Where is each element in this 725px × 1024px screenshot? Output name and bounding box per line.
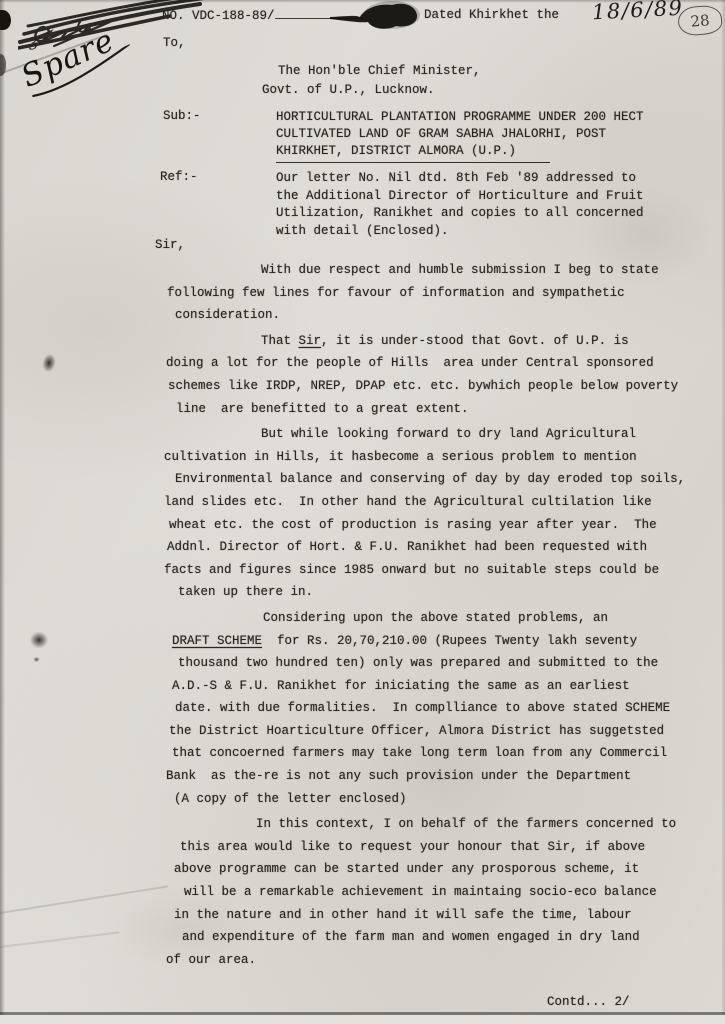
scan-edge-bottom-strip — [0, 1015, 725, 1024]
typed-line: will be a remarkable achievement in main… — [184, 881, 725, 904]
typed-text: Bank as the-re is not any such provision… — [166, 769, 631, 783]
ink-stain — [32, 656, 41, 663]
typed-line: and expenditure of the farm man and wome… — [182, 926, 725, 949]
typed-text: The Hon'ble Chief Minister, — [278, 64, 481, 78]
recipient-block: The Hon'ble Chief Minister,Govt. of U.P.… — [262, 62, 481, 100]
typed-line: cultivation in Hills, it hasbecome a ser… — [164, 446, 725, 469]
typed-line: Our letter No. Nil dtd. 8th Feb '89 addr… — [276, 170, 644, 188]
typed-text: That — [261, 334, 299, 348]
paragraph: Considering upon the above stated proble… — [166, 607, 725, 810]
typed-line: thousand two hundred ten) only was prepa… — [178, 652, 725, 675]
typed-text: date. with due formalities. In compllian… — [175, 701, 670, 715]
ink-stain — [37, 348, 60, 377]
typed-text: But while looking forward to dry land Ag… — [261, 427, 636, 441]
ink-stain — [26, 628, 52, 652]
paragraph: In this context, I on behalf of the farm… — [166, 813, 725, 971]
typed-text: of our area. — [166, 953, 256, 967]
typed-text: With due respect and humble submission I… — [261, 263, 659, 277]
typed-line: schemes like IRDP, NREP, DPAP etc. etc. … — [168, 375, 725, 398]
typed-line: With due respect and humble submission I… — [261, 259, 725, 282]
typed-line: with detail (Enclosed). — [276, 223, 644, 241]
typed-text: Considering upon the above stated proble… — [263, 611, 608, 625]
typed-text: , it is under-stood that Govt. of U.P. i… — [321, 334, 629, 348]
typed-text: land slides etc. In other hand the Agric… — [164, 495, 652, 509]
typed-line: land slides etc. In other hand the Agric… — [164, 491, 725, 514]
typed-text: above programme can be started under any… — [174, 862, 639, 876]
typed-text: and expenditure of the farm man and wome… — [182, 930, 640, 944]
edge-mark — [0, 54, 6, 76]
typed-text: in the nature and in other hand it will … — [174, 908, 632, 922]
typed-text: cultivation in Hills, it hasbecome a ser… — [164, 450, 637, 464]
continuation-note: Contd... 2/ — [547, 995, 630, 1009]
typed-text: (A copy of the letter enclosed) — [174, 792, 407, 806]
typed-line: consideration. — [175, 304, 725, 327]
ref-number: NO. VDC-188-89/ — [162, 9, 275, 23]
typed-text: following few lines for favour of inform… — [167, 286, 625, 300]
typed-line: above programme can be started under any… — [174, 858, 725, 881]
page-number-circle: 28 — [677, 4, 723, 37]
edge-mark — [0, 10, 11, 30]
ink-blot — [328, 0, 423, 34]
to-label: To, — [163, 36, 186, 50]
typed-text: for Rs. 20,70,210.00 (Rupees Twenty lakh… — [262, 634, 637, 648]
date-line-label: Dated Khirkhet the — [424, 8, 559, 22]
typed-text: thousand two hundred ten) only was prepa… — [178, 656, 658, 670]
typed-text: In this context, I on behalf of the farm… — [256, 817, 676, 831]
typed-text: HORTICULTURAL PLANTATION PROGRAMME UNDER… — [276, 110, 644, 124]
typed-line: But while looking forward to dry land Ag… — [261, 423, 725, 446]
typed-line: In this context, I on behalf of the farm… — [256, 813, 725, 836]
subject-block: HORTICULTURAL PLANTATION PROGRAMME UNDER… — [276, 109, 644, 163]
typed-line: Considering upon the above stated proble… — [263, 607, 725, 630]
typed-text: KHIRKHET, DISTRICT ALMORA (U.P.) — [276, 144, 516, 158]
typed-line: DRAFT SCHEME for Rs. 20,70,210.00 (Rupee… — [172, 630, 725, 653]
typed-text: wheat etc. the cost of production is ras… — [169, 518, 657, 532]
typed-line: Bank as the-re is not any such provision… — [166, 765, 725, 788]
typed-line: this area would like to request your hon… — [180, 836, 725, 859]
typed-line: HORTICULTURAL PLANTATION PROGRAMME UNDER… — [276, 109, 644, 126]
typed-line: of our area. — [166, 949, 725, 972]
typed-line: Utilization, Ranikhet and copies to all … — [276, 205, 644, 223]
typed-line: A.D.-S & F.U. Ranikhet for iniciating th… — [172, 675, 725, 698]
typed-text: A.D.-S & F.U. Ranikhet for iniciating th… — [172, 679, 630, 693]
reference-block: Our letter No. Nil dtd. 8th Feb '89 addr… — [276, 170, 644, 240]
typed-line: following few lines for favour of inform… — [167, 282, 725, 305]
typed-line: facts and figures since 1985 onward but … — [164, 559, 725, 582]
typed-text: Our letter No. Nil dtd. 8th Feb '89 addr… — [276, 171, 636, 185]
typed-text: Environmental balance and conserving of … — [175, 472, 685, 486]
typed-text: CULTIVATED LAND OF GRAM SABHA JHALORHI, … — [276, 127, 606, 141]
typed-text: Govt. of U.P., Lucknow. — [262, 83, 435, 97]
underlined-text: Sir — [299, 334, 322, 348]
typed-text: doing a lot for the people of Hills area… — [166, 356, 654, 370]
page-number: 28 — [690, 11, 711, 31]
paragraph: With due respect and humble submission I… — [166, 259, 725, 327]
typed-text: consideration. — [175, 308, 280, 322]
typed-text: facts and figures since 1985 onward but … — [164, 563, 659, 577]
typed-text: with detail (Enclosed). — [276, 224, 449, 238]
typed-text: the Additional Director of Horticulture … — [276, 189, 644, 203]
typed-text: that concoerned farmers may take long te… — [172, 746, 667, 760]
typed-line: The Hon'ble Chief Minister, — [278, 62, 481, 81]
typed-line: CULTIVATED LAND OF GRAM SABHA JHALORHI, … — [276, 126, 644, 143]
underlined-text: DRAFT SCHEME — [172, 634, 262, 648]
typed-line: KHIRKHET, DISTRICT ALMORA (U.P.) — [276, 143, 550, 162]
paragraph: That Sir, it is under-stood that Govt. o… — [166, 330, 725, 420]
typed-line: that concoerned farmers may take long te… — [172, 742, 725, 765]
typed-text: schemes like IRDP, NREP, DPAP etc. etc. … — [168, 379, 678, 393]
typed-line: the District Hoarticulture Officer, Almo… — [169, 720, 725, 743]
typed-line: date. with due formalities. In compllian… — [175, 697, 725, 720]
typed-text: Addnl. Director of Hort. & F.U. Ranikhet… — [167, 540, 647, 554]
typed-line: in the nature and in other hand it will … — [174, 904, 725, 927]
handwritten-date: 18/6/89 — [591, 0, 684, 24]
typed-line: line are benefitted to a great extent. — [176, 398, 725, 421]
typed-text: the District Hoarticulture Officer, Almo… — [169, 724, 664, 738]
letter-body: With due respect and humble submission I… — [166, 259, 725, 971]
typed-line: doing a lot for the people of Hills area… — [166, 352, 725, 375]
typed-line: Govt. of U.P., Lucknow. — [262, 81, 481, 100]
typed-line: (A copy of the letter enclosed) — [174, 788, 725, 811]
typed-line: Environmental balance and conserving of … — [175, 468, 725, 491]
typed-text: this area would like to request your hon… — [180, 840, 645, 854]
typed-line: taken up there in. — [178, 581, 725, 604]
typed-text: will be a remarkable achievement in main… — [184, 885, 657, 899]
typed-line: Addnl. Director of Hort. & F.U. Ranikhet… — [167, 536, 725, 559]
typed-line: wheat etc. the cost of production is ras… — [169, 514, 725, 537]
typed-line: the Additional Director of Horticulture … — [276, 188, 644, 206]
paragraph: But while looking forward to dry land Ag… — [166, 423, 725, 604]
typed-text: line are benefitted to a great extent. — [176, 402, 469, 416]
reference-label: Ref:- — [160, 170, 198, 184]
scanned-letter-page: 3 Spare NO. VDC-188-89/ Dated Khirkhet t… — [0, 0, 725, 1024]
typed-text: Utilization, Ranikhet and copies to all … — [276, 206, 644, 220]
typed-text: taken up there in. — [178, 585, 313, 599]
salutation: Sir, — [155, 238, 185, 252]
subject-label: Sub:- — [163, 109, 201, 123]
typed-line: That Sir, it is under-stood that Govt. o… — [261, 330, 725, 353]
scan-edge-left — [0, 0, 5, 1024]
